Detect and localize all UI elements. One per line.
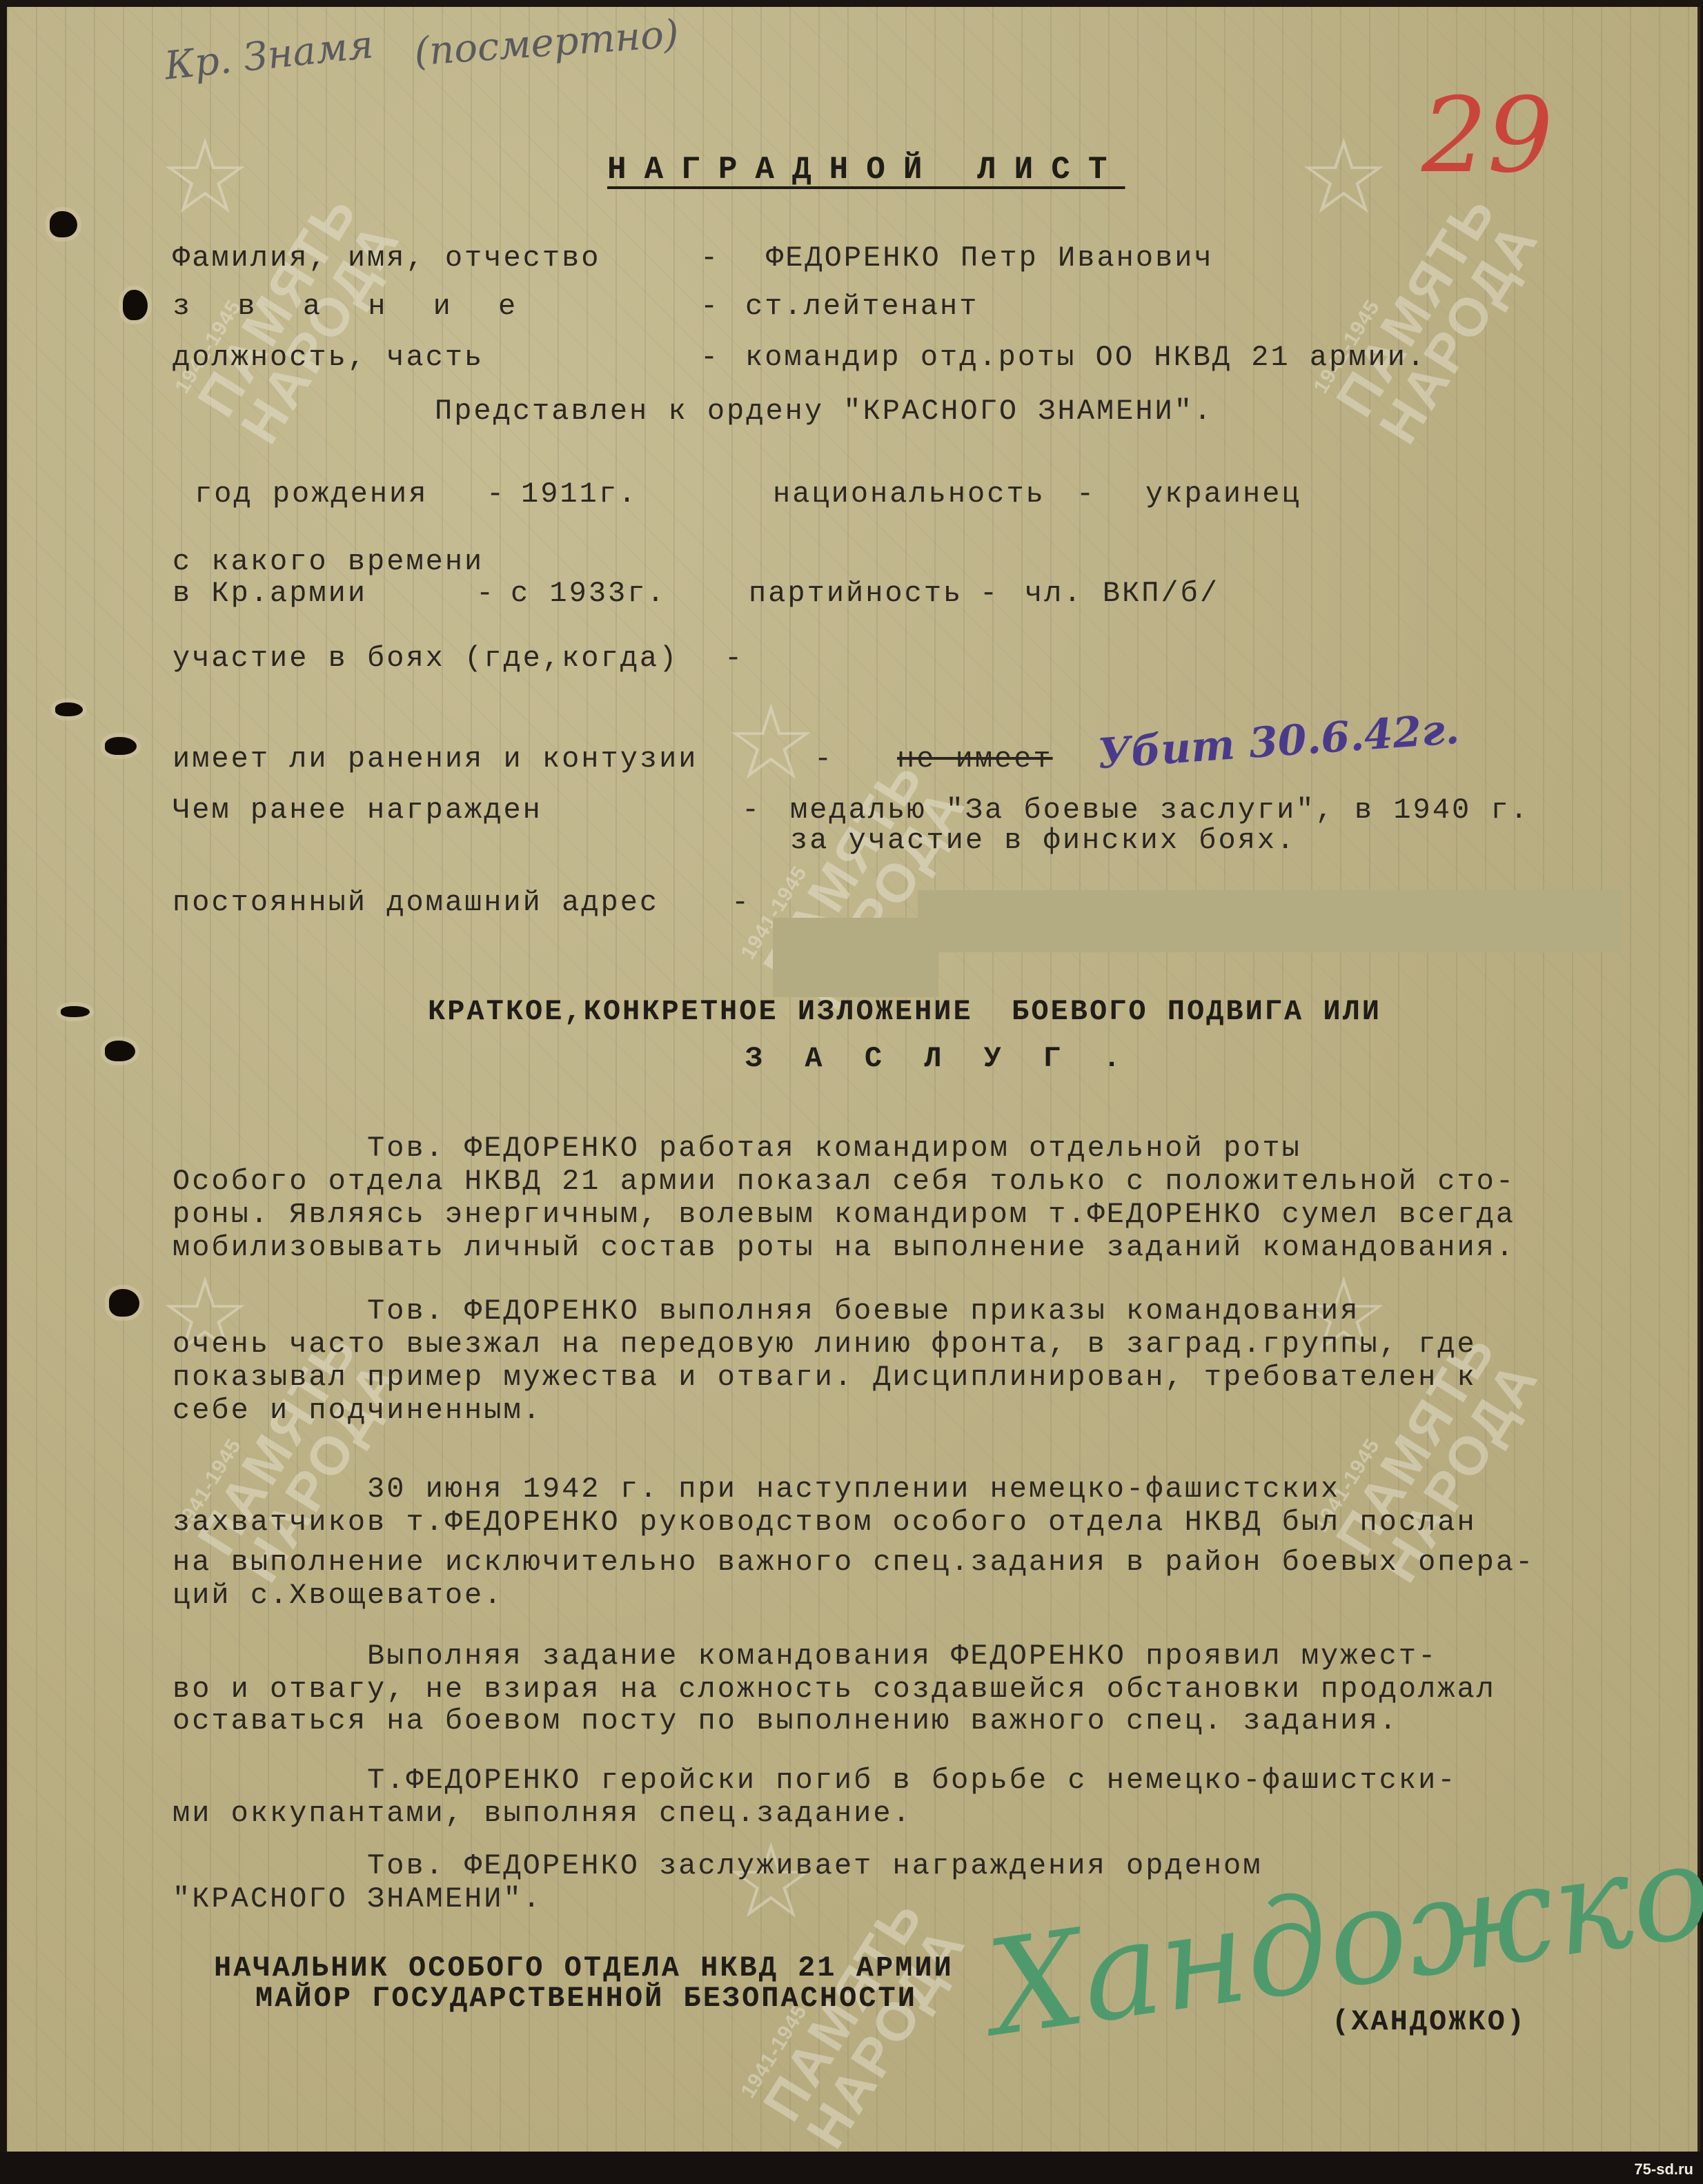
- body-line: Тов. ФЕДОРЕНКО выполняя боевые приказы к…: [173, 1295, 1359, 1328]
- prior-awards-label: Чем ранее награжден: [173, 794, 542, 827]
- fio-value: ФЕДОРЕНКО Петр Иванович: [766, 242, 1214, 275]
- nationality-label: национальность: [773, 478, 1045, 511]
- section-heading: КРАТКОЕ,КОНКРЕТНОЕ ИЗЛОЖЕНИЕ БОЕВОГО ПОД…: [428, 995, 1381, 1028]
- body-line: Особого отдела НКВД 21 армии показал себ…: [173, 1165, 1515, 1198]
- nationality-dash: -: [1076, 478, 1096, 511]
- party-label: партийность: [749, 577, 963, 610]
- punch-hole: [123, 290, 148, 320]
- service-label-1: с какого времени: [173, 545, 484, 578]
- wounds-dash: -: [814, 742, 834, 776]
- punch-hole: [109, 1289, 139, 1317]
- body-line: показывал пример мужества и отваги. Дисц…: [173, 1361, 1477, 1394]
- body-line: 30 июня 1942 г. при наступлении немецко-…: [173, 1473, 1340, 1506]
- position-dash: -: [700, 341, 720, 374]
- section-heading-2: З А С Л У Г .: [745, 1042, 1133, 1075]
- signatory-title-2: МАЙОР ГОСУДАРСТВЕННОЙ БЕЗОПАСНОСТИ: [255, 1982, 917, 2015]
- body-line: Тов. ФЕДОРЕНКО заслуживает награждения о…: [173, 1849, 1262, 1882]
- service-value: с 1933г.: [511, 577, 667, 610]
- body-line: Тов. ФЕДОРЕНКО работая командиром отдель…: [173, 1132, 1301, 1165]
- party-dash: -: [980, 577, 999, 610]
- body-line: роны. Являясь энергичным, волевым команд…: [173, 1198, 1515, 1231]
- fio-dash: -: [700, 242, 720, 275]
- body-line: Т.ФЕДОРЕНКО геройски погиб в борьбе с не…: [173, 1764, 1457, 1797]
- address-dash: -: [731, 886, 751, 919]
- wounds-value-struck: не имеет: [897, 742, 1053, 776]
- body-line: во и отвагу, не взирая на сложность созд…: [173, 1673, 1496, 1706]
- rank-dash: -: [700, 290, 720, 323]
- body-line: оставаться на боевом посту по выполнению…: [173, 1704, 1399, 1738]
- service-label-2: в Кр.армии: [173, 577, 367, 610]
- body-line: ций с.Хвощеватое.: [173, 1579, 503, 1612]
- punch-hole: [105, 737, 137, 755]
- page-number: 29: [1421, 76, 1553, 196]
- punch-hole: [55, 702, 83, 716]
- body-line: Выполняя задание командования ФЕДОРЕНКО …: [173, 1640, 1437, 1673]
- prior-awards-value-1: медалью "За боевые заслуги", в 1940 г.: [790, 794, 1530, 827]
- prior-awards-dash: -: [742, 794, 761, 827]
- nationality-value: украинец: [1145, 478, 1301, 511]
- scan-frame-bottom: [0, 2152, 1703, 2184]
- punch-hole: [50, 211, 77, 237]
- punch-hole: [105, 1041, 135, 1061]
- address-redacted-block: [773, 918, 938, 997]
- prior-awards-value-2: за участие в финских боях.: [790, 824, 1296, 857]
- body-line: "КРАСНОГО ЗНАМЕНИ".: [173, 1882, 542, 1916]
- body-line: мобилизовывать личный состав роты на вып…: [173, 1231, 1515, 1264]
- wounds-label: имеет ли ранения и контузии: [173, 742, 698, 776]
- birth-value: 1911г.: [521, 478, 638, 511]
- signatory-title-1: НАЧАЛЬНИК ОСОБОГО ОТДЕЛА НКВД 21 АРМИИ: [214, 1951, 954, 1985]
- punch-hole: [61, 1006, 90, 1017]
- document-title: НАГРАДНОЙ ЛИСТ: [607, 152, 1125, 188]
- site-watermark: 75-sd.ru: [1634, 2161, 1693, 2178]
- signatory-name: (ХАНДОЖКО): [1332, 2005, 1526, 2038]
- position-value: командир отд.роты ОО НКВД 21 армии.: [745, 341, 1426, 374]
- fio-label: Фамилия, имя, отчество: [173, 242, 601, 275]
- battles-label: участие в боях (где,когда): [173, 642, 678, 675]
- address-redacted-block: [918, 890, 1622, 952]
- service-dash: -: [476, 577, 495, 610]
- nomination-line: Представлен к ордену "КРАСНОГО ЗНАМЕНИ".: [435, 395, 1213, 428]
- rank-value: ст.лейтенант: [745, 290, 978, 323]
- body-line: очень часто выезжал на передовую линию ф…: [173, 1328, 1477, 1361]
- body-line: ми оккупантами, выполняя спец.задание.: [173, 1797, 912, 1830]
- position-label: должность, часть: [173, 341, 484, 374]
- battles-dash: -: [725, 642, 744, 675]
- rank-label: з в а н и е: [173, 290, 531, 323]
- body-line: захватчиков т.ФЕДОРЕНКО руководством осо…: [173, 1506, 1477, 1539]
- birth-label: год рождения: [195, 478, 428, 511]
- party-value: чл. ВКП/б/: [1025, 577, 1219, 610]
- birth-dash: -: [486, 478, 506, 511]
- address-label: постоянный домашний адрес: [173, 886, 659, 919]
- body-line: на выполнение исключительно важного спец…: [173, 1546, 1535, 1579]
- body-line: себе и подчиненным.: [173, 1394, 542, 1427]
- document-page: [7, 7, 1700, 2153]
